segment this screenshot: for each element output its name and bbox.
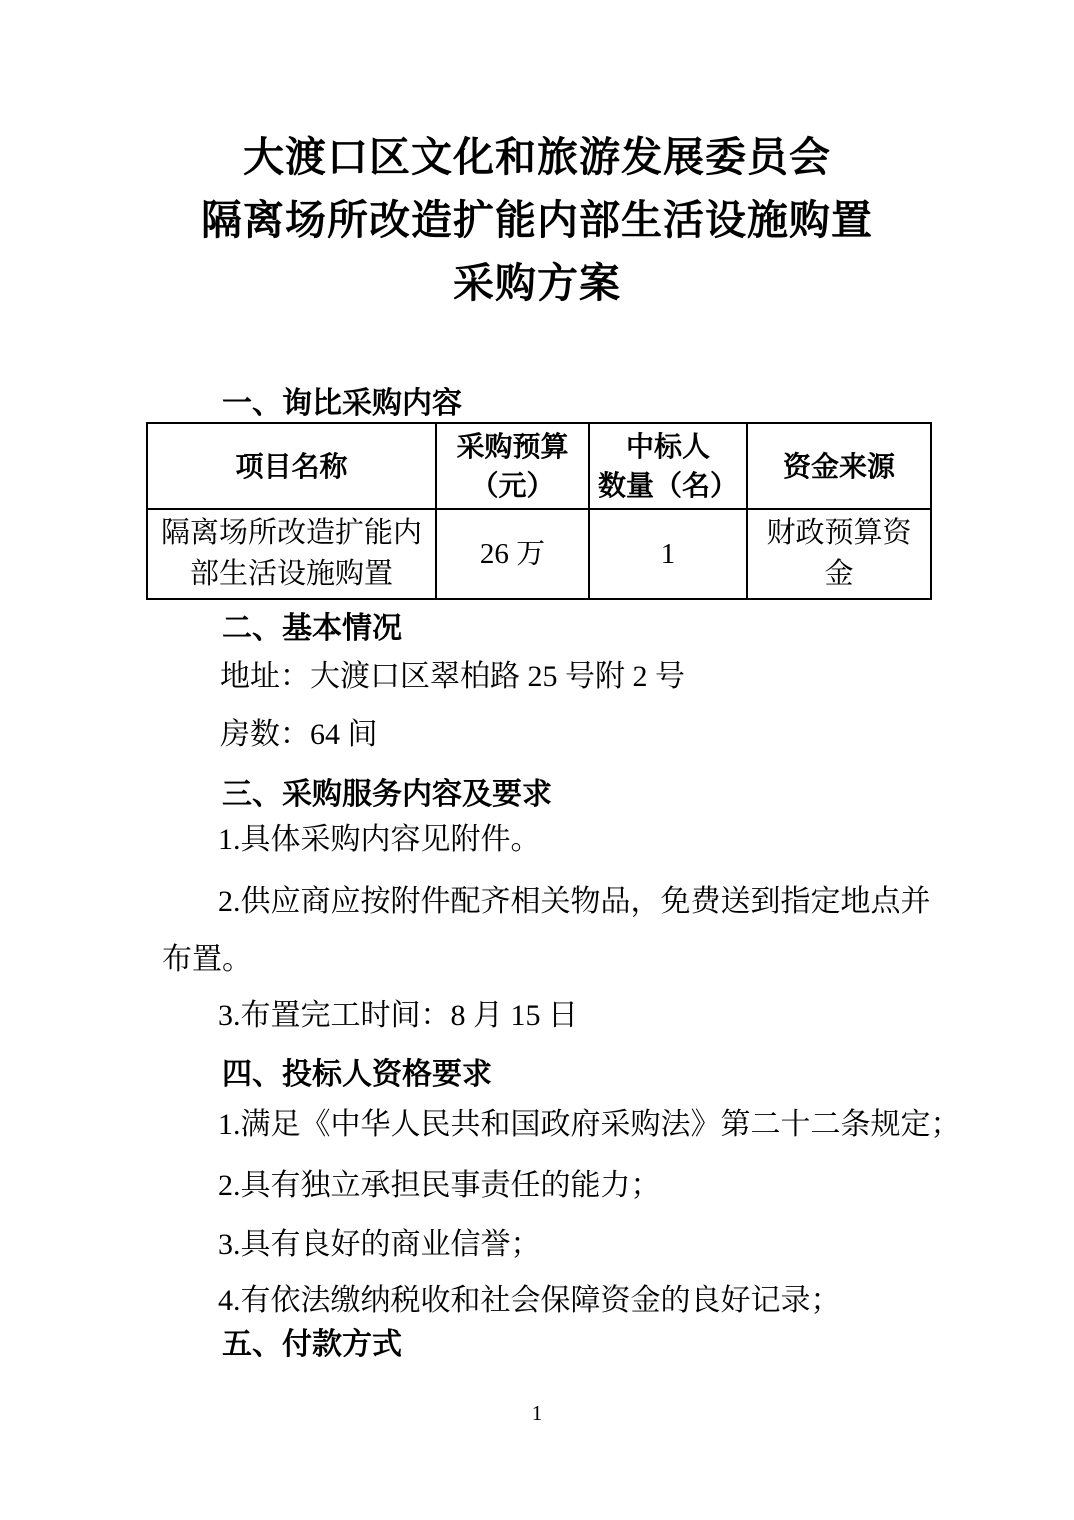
section-4-item-1: 1.满足《中华人民共和国政府采购法》第二十二条规定； [218, 1108, 961, 1142]
section-3-item-2-line-1: 2.供应商应按附件配齐相关物品，免费送到指定地点并 [218, 885, 931, 919]
section-3-item-3: 3.布置完工时间：8 月 15 日 [218, 999, 578, 1033]
table-cell-budget: 26 万 [436, 509, 589, 599]
table-cell-winner-count: 1 [589, 509, 747, 599]
document-title-line-1: 大渡口区文化和旅游发展委员会 [0, 126, 1074, 189]
table-header-budget: 采购预算 （元） [436, 423, 589, 509]
section-4-item-3: 3.具有良好的商业信誉； [218, 1228, 541, 1262]
table-cell-fund-source: 财政预算资 金 [747, 509, 931, 599]
table-header-row: 项目名称 采购预算 （元） 中标人 数量（名） 资金来源 [147, 423, 931, 509]
section-4-item-4: 4.有依法缴纳税收和社会保障资金的良好记录； [218, 1284, 841, 1318]
section-3-item-2-line-2: 布置。 [162, 943, 252, 977]
document-page: 大渡口区文化和旅游发展委员会 隔离场所改造扩能内部生活设施购置 采购方案 一、询… [0, 0, 1074, 1520]
section-3-item-1: 1.具体采购内容见附件。 [218, 823, 541, 857]
table-header-fund-source: 资金来源 [747, 423, 931, 509]
page-number: 1 [0, 1400, 1074, 1426]
section-3-heading: 三、采购服务内容及要求 [222, 779, 552, 811]
section-2-heading: 二、基本情况 [222, 613, 402, 645]
section-1-heading: 一、询比采购内容 [222, 388, 462, 420]
table-row: 隔离场所改造扩能内 部生活设施购置 26 万 1 财政预算资 金 [147, 509, 931, 599]
table-header-winner-count: 中标人 数量（名） [589, 423, 747, 509]
document-title-line-2: 隔离场所改造扩能内部生活设施购置 [0, 189, 1074, 252]
section-5-heading: 五、付款方式 [222, 1329, 402, 1361]
rooms-line: 房数：64 间 [220, 718, 378, 752]
section-4-heading: 四、投标人资格要求 [222, 1059, 492, 1091]
table-header-project-name: 项目名称 [147, 423, 436, 509]
procurement-table: 项目名称 采购预算 （元） 中标人 数量（名） 资金来源 隔离场所改造扩能内 部… [146, 422, 932, 600]
address-line: 地址：大渡口区翠柏路 25 号附 2 号 [220, 660, 685, 694]
section-4-item-2: 2.具有独立承担民事责任的能力； [218, 1169, 661, 1203]
document-title: 大渡口区文化和旅游发展委员会 隔离场所改造扩能内部生活设施购置 采购方案 [0, 126, 1074, 315]
table-cell-project-name: 隔离场所改造扩能内 部生活设施购置 [147, 509, 436, 599]
document-title-line-3: 采购方案 [0, 252, 1074, 315]
